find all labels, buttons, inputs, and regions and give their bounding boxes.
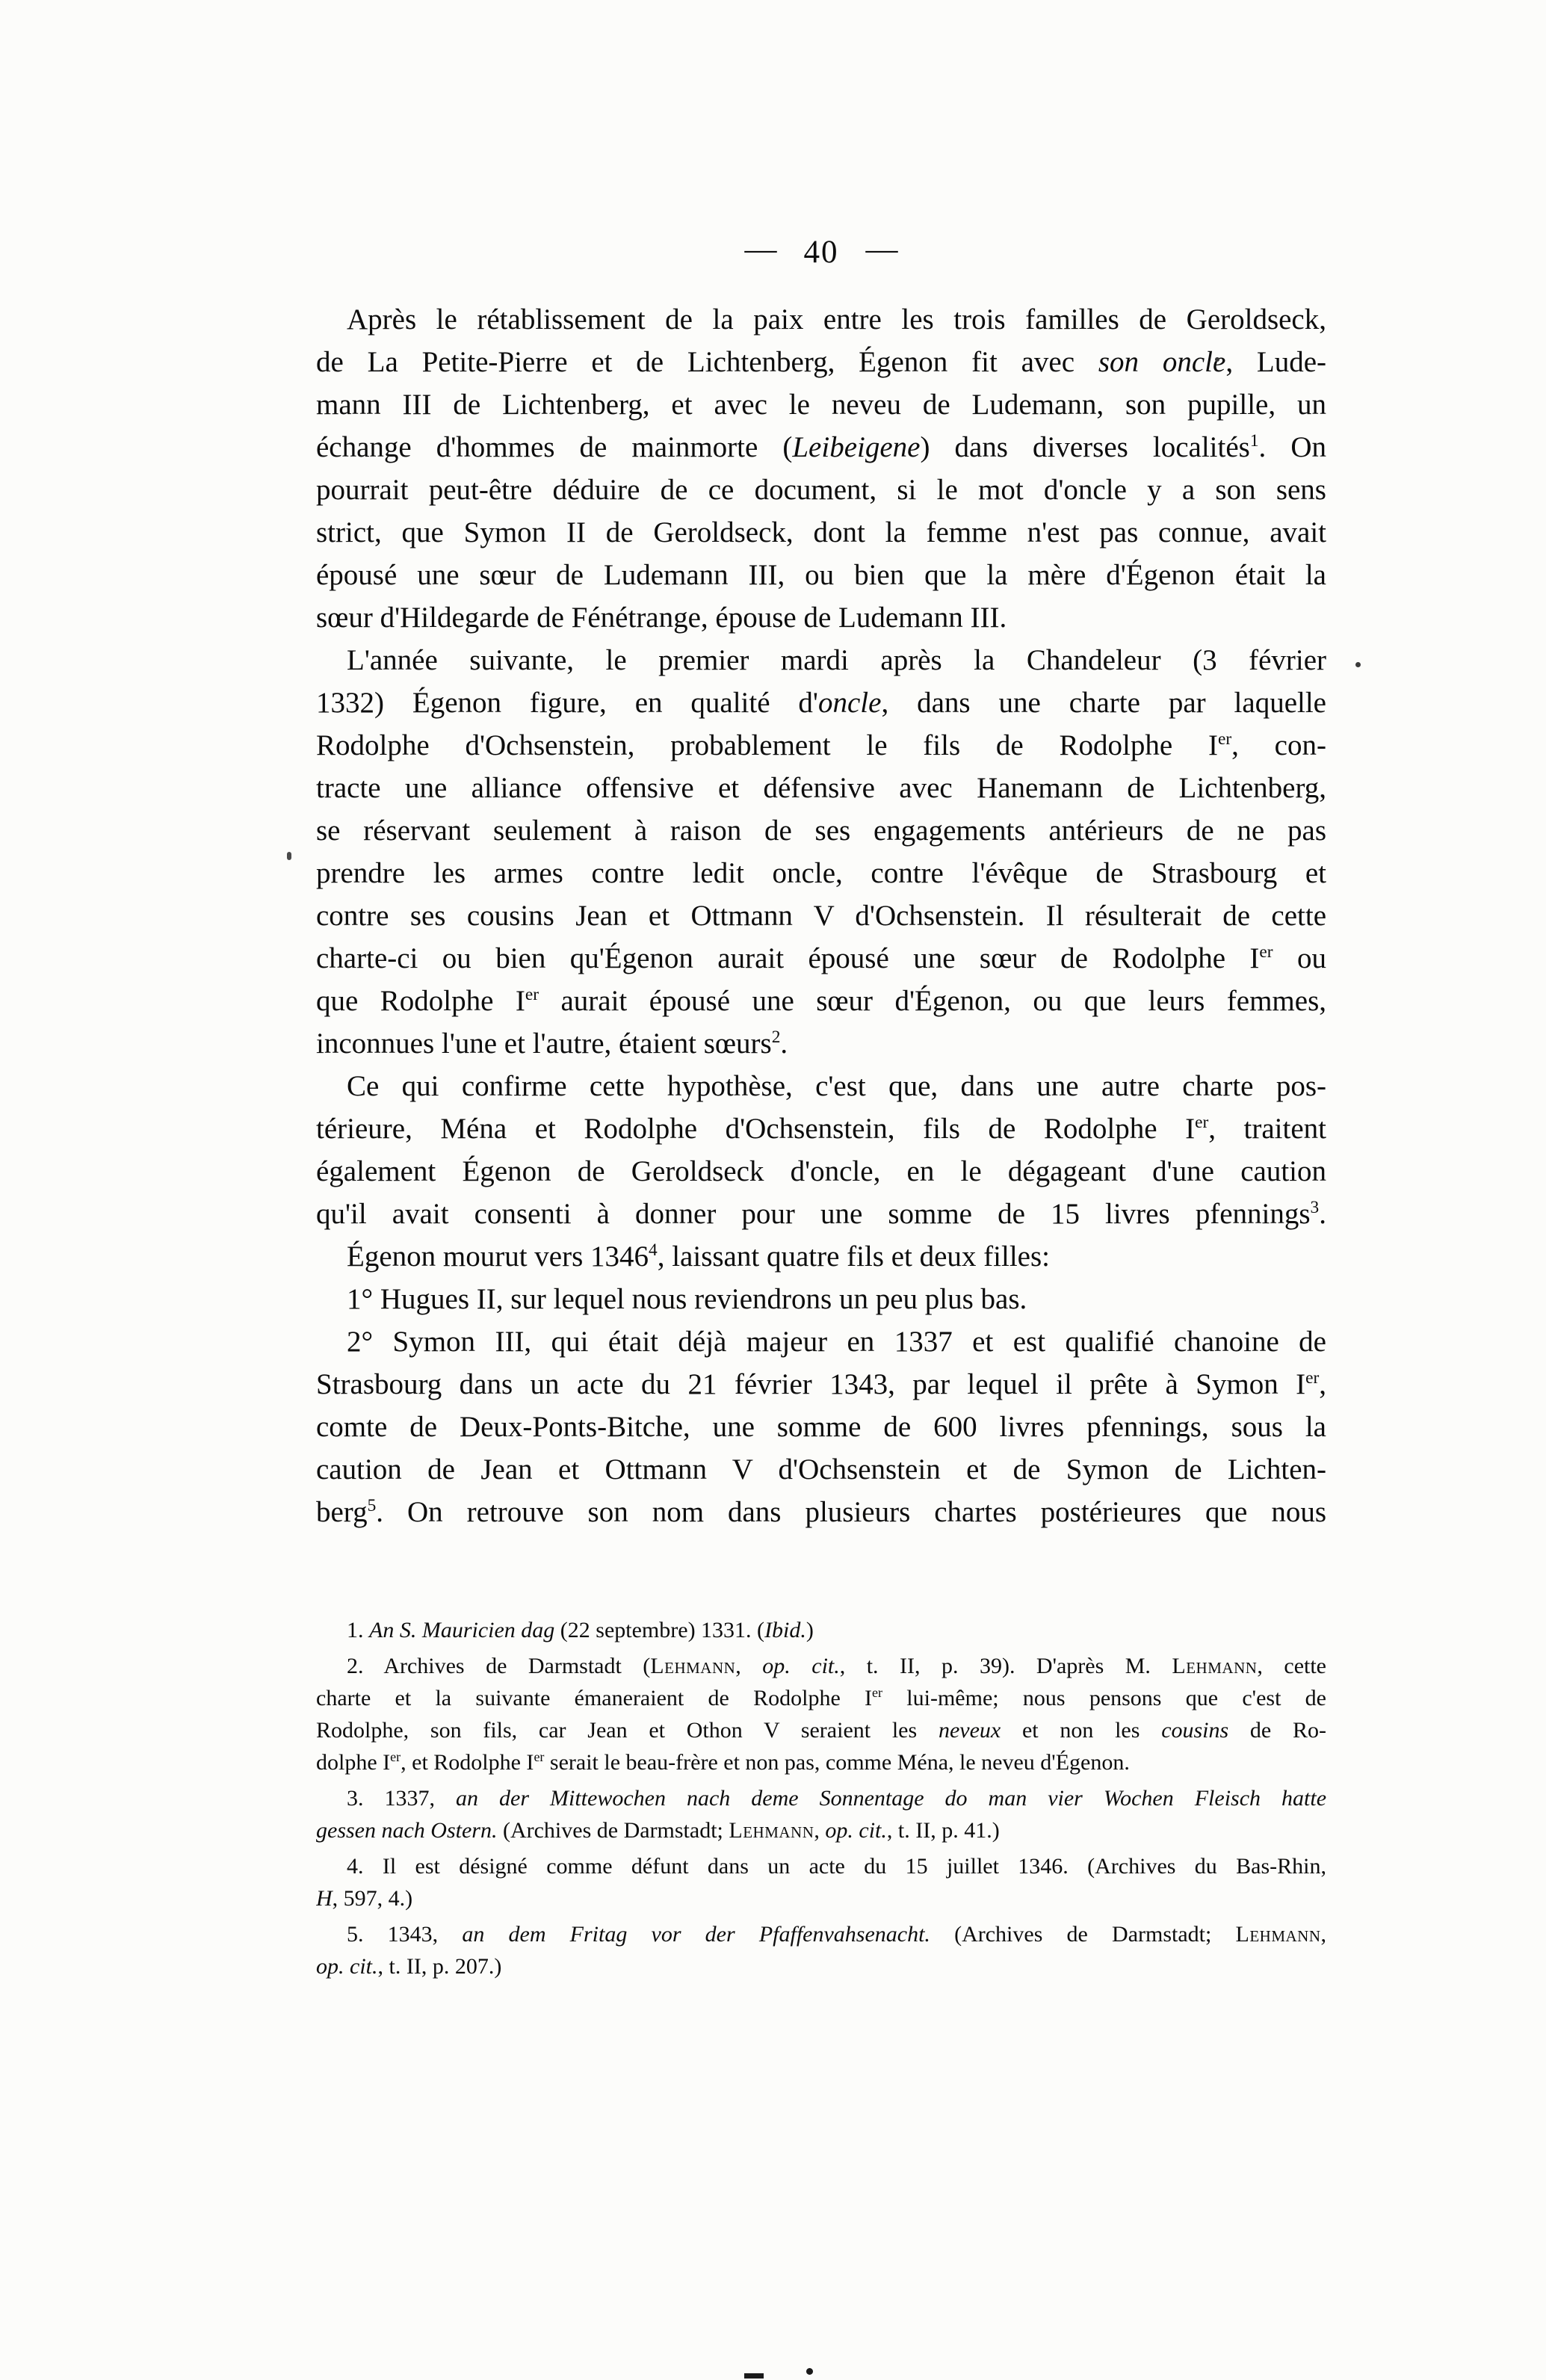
text-line-1: Après le rétablissement de la paix entre… [316,298,1326,341]
text-line-4: échange d'hommes de mainmorte (Leibeigen… [316,426,1326,469]
text-line-21: également Égenon de Geroldseck d'oncle, … [316,1150,1326,1193]
scan-speck [287,852,291,860]
footnote-line-10: 5. 1343, an dem Fritag vor der Pfaffenva… [316,1918,1326,1950]
text-line-2: de La Petite-Pierre et de Lichtenberg, É… [316,341,1326,383]
text-line-7: épousé une sœur de Ludemann III, ou bien… [316,554,1326,596]
text-line-3: mann III de Lichtenberg, et avec le neve… [316,383,1326,426]
text-line-19: Ce qui confirme cette hypothèse, c'est q… [316,1065,1326,1107]
text-line-20: térieure, Ména et Rodolphe d'Ochsenstein… [316,1107,1326,1150]
footnotes-block: 1. An S. Mauricien dag (22 septembre) 13… [316,1614,1326,1982]
page-number-value: 40 [804,235,839,270]
text-line-16: charte-ci ou bien qu'Égenon aurait épous… [316,937,1326,980]
text-line-10: 1332) Égenon figure, en qualité d'oncle,… [316,681,1326,724]
text-line-9: L'année suivante, le premier mardi après… [316,639,1326,681]
page-number-dash-left: — [745,232,777,267]
text-line-14: prendre les armes contre ledit oncle, co… [316,852,1326,894]
footnote-line-7: gessen nach Ostern. (Archives de Darmsta… [316,1814,1326,1846]
page-number-dash-right: — [866,232,898,267]
scan-speck [1355,662,1361,667]
footnote-line-1: 1. An S. Mauricien dag (22 septembre) 13… [316,1614,1326,1646]
book-page: { "page": { "header": { "dash_left": "—"… [0,0,1546,2380]
text-line-22: qu'il avait consenti à donner pour une s… [316,1193,1326,1235]
text-line-5: pourrait peut-être déduire de ce documen… [316,469,1326,511]
main-text-block: Après le rétablissement de la paix entre… [316,298,1326,1533]
footnote-line-5: dolphe Ier, et Rodolphe Ier serait le be… [316,1746,1326,1778]
text-line-29: berg5. On retrouve son nom dans plusieur… [316,1491,1326,1533]
text-line-23: Égenon mourut vers 13464, laissant quatr… [316,1235,1326,1278]
footnote-line-11: op. cit., t. II, p. 207.) [316,1950,1326,1982]
text-line-24: 1° Hugues II, sur lequel nous reviendron… [316,1278,1326,1320]
text-line-11: Rodolphe d'Ochsenstein, probablement le … [316,724,1326,767]
text-line-17: que Rodolphe Ier aurait épousé une sœur … [316,980,1326,1022]
footnote-line-3: charte et la suivante émaneraient de Rod… [316,1682,1326,1714]
text-line-8: sœur d'Hildegarde de Fénétrange, épouse … [316,596,1326,639]
footnote-line-6: 3. 1337, an der Mittewochen nach deme So… [316,1782,1326,1814]
scan-speck [1215,357,1219,362]
text-line-13: se réservant seulement à raison de ses e… [316,809,1326,852]
footnote-line-2: 2. Archives de Darmstadt (Lehmann, op. c… [316,1650,1326,1682]
text-line-27: comte de Deux-Ponts-Bitche, une somme de… [316,1406,1326,1448]
partial-mark-dash [744,2373,764,2379]
text-line-15: contre ses cousins Jean et Ottmann V d'O… [316,894,1326,937]
partial-mark-dot [806,2368,813,2375]
text-line-26: Strasbourg dans un acte du 21 février 13… [316,1363,1326,1406]
page-number: —40— [316,235,1326,271]
text-line-12: tracte une alliance offensive et défensi… [316,767,1326,809]
text-line-28: caution de Jean et Ottmann V d'Ochsenste… [316,1448,1326,1491]
footnote-line-8: 4. Il est désigné comme défunt dans un a… [316,1850,1326,1882]
footnote-line-4: Rodolphe, son fils, car Jean et Othon V … [316,1714,1326,1746]
footnote-line-9: H, 597, 4.) [316,1882,1326,1914]
text-line-18: inconnues l'une et l'autre, étaient sœur… [316,1022,1326,1065]
text-line-25: 2° Symon III, qui était déjà majeur en 1… [316,1320,1326,1363]
text-line-6: strict, que Symon II de Geroldseck, dont… [316,511,1326,554]
